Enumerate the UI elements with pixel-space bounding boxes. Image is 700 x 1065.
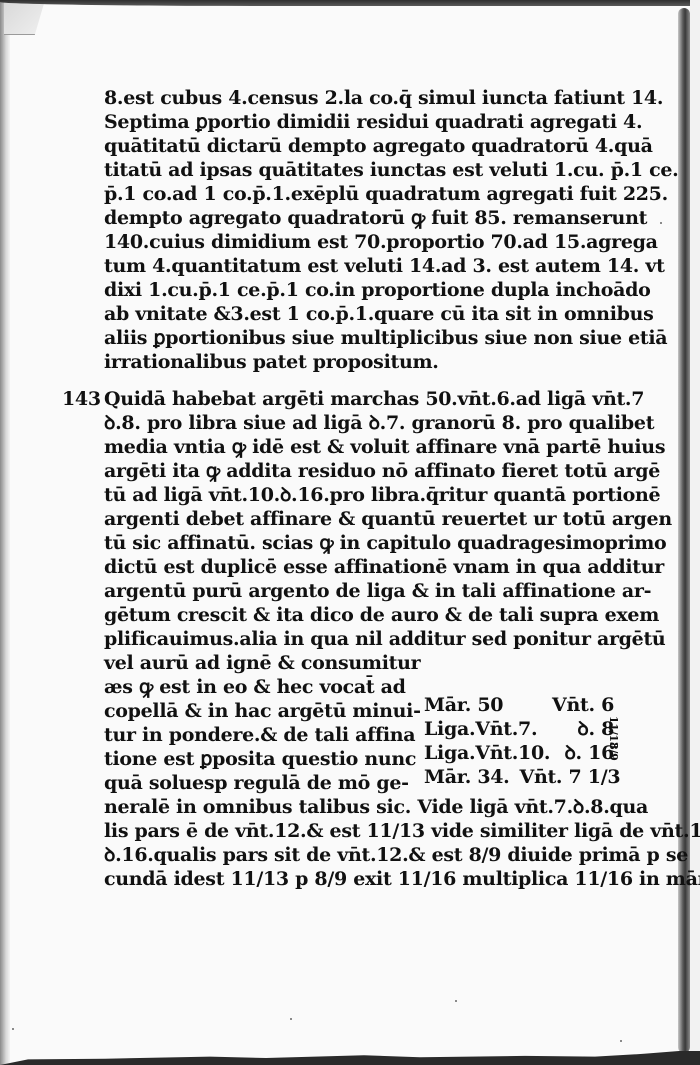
text-line: media vntia ꝙ idē est & voluit affinare … [104, 435, 624, 459]
text-line: tur in pondere.& de tali affina [104, 723, 400, 747]
text-line: gētum crescit & ita dico de auro & de ta… [104, 603, 624, 627]
paper-speck [455, 1000, 457, 1002]
side-table-row: Liga.Vn̄t.7. ꝺ. 8 [424, 717, 614, 741]
side-table-value: Vn̄t. 7 1/3 [520, 765, 621, 789]
side-table-label: Liga.Vn̄t.10. [424, 741, 550, 765]
page-left-edge [0, 0, 10, 1065]
text-line: 140.cuius dimidium est 70.proportio 70.a… [104, 230, 624, 254]
side-table-value: Vn̄t. 6 [552, 693, 614, 717]
text-line: quātitatū dictarū dempto agregato quadra… [104, 134, 624, 158]
page-right-strip [690, 0, 700, 1065]
side-table-row: Liga.Vn̄t.10. ꝺ. 16 [424, 741, 614, 765]
text-line: dixi 1.cu.p̄.1 ce.p̄.1 co.in proportione… [104, 278, 624, 302]
page-corner-fold [4, 0, 45, 35]
text-line: cundā idest 11/13 p 8/9 exit 11/16 multi… [104, 867, 624, 891]
text-line: dempto agregato quadratorū ꝙ fuit 85. re… [104, 206, 624, 230]
text-line: argēti ita ꝙ addita residuo nō affinato … [104, 459, 624, 483]
text-line: tum 4.quantitatum est veluti 14.ad 3. es… [104, 254, 624, 278]
text-line: quā soluesp regulā de mō ge- [104, 771, 400, 795]
paper-speck [660, 222, 662, 224]
book-gutter [678, 8, 690, 1053]
side-table-label: Liga.Vn̄t.7. [424, 717, 537, 741]
text-line: 8.est cubus 4.census 2.la co.q̄ simul iu… [104, 86, 624, 110]
paper-speck [290, 1018, 292, 1020]
side-table-label: Mār. 34. [424, 765, 510, 789]
page-top-edge [0, 0, 700, 6]
side-table-label: Mār. 50 [424, 693, 503, 717]
text-line: plificauimus.alia in qua nil additur sed… [104, 627, 624, 651]
paper-speck [12, 1028, 14, 1030]
text-line: ab vnitate &3.est 1 co.p̄.1.quare cū ita… [104, 302, 624, 326]
scanned-page: 8.est cubus 4.census 2.la co.q̄ simul iu… [0, 0, 700, 1065]
text-line: æs ꝙ est in eo & hec vocat̄ ad [104, 675, 400, 699]
text-line: tū sic affinatū. scias ꝙ in capitulo qua… [104, 531, 624, 555]
paragraph-number: 143 [62, 387, 101, 411]
text-line: vel aurū ad ignē & consumitur [104, 651, 400, 675]
text-line: copellā & in hac argētū minui- [104, 699, 400, 723]
text-line: Septima ꝑportio dimidii residui quadrati… [104, 110, 624, 134]
text-line: argentū purū argento de liga & in tali a… [104, 579, 624, 603]
text-line: p̄.1 co.ad 1 co.p̄.1.exēplū quadratum ag… [104, 182, 624, 206]
page-bottom-edge [0, 1051, 700, 1065]
vertical-fraction: 8/9 [608, 742, 618, 760]
text-line: argenti debet affinare & quantū reuertet… [104, 507, 624, 531]
text-line: aliis ꝑportionibus siue multiplicibus si… [104, 326, 624, 350]
text-line: ꝺ.16.qualis pars sit de vn̄t.12.& est 8/… [104, 843, 624, 867]
paper-speck [620, 150, 622, 152]
text-line: tū ad ligā vn̄t.10.ꝺ.16.pro libra.q̄ritu… [104, 483, 624, 507]
side-table-row: Mār. 50 Vn̄t. 6 [424, 693, 614, 717]
side-table-row: Mār. 34. Vn̄t. 7 1/3 [424, 765, 614, 789]
text-line: titatū ad ipsas quātitates iunctas est v… [104, 158, 624, 182]
text-line: neralē in omnibus talibus sic. Vide ligā… [104, 795, 624, 819]
text-line: lis pars ē de vn̄t.12.& est 11/13 vide s… [104, 819, 624, 843]
paper-speck [620, 1040, 622, 1042]
text-line: irrationalibus patet propositum. [104, 350, 624, 374]
text-line: tione est ꝑposita questio nunc [104, 747, 400, 771]
text-line: dictū est duplicē esse affinationē vnam … [104, 555, 624, 579]
text-line: Quidā habebat argēti marchas 50.vn̄t.6.a… [104, 387, 624, 411]
text-line: ꝺ.8. pro libra siue ad ligā ꝺ.7. granorū… [104, 411, 624, 435]
